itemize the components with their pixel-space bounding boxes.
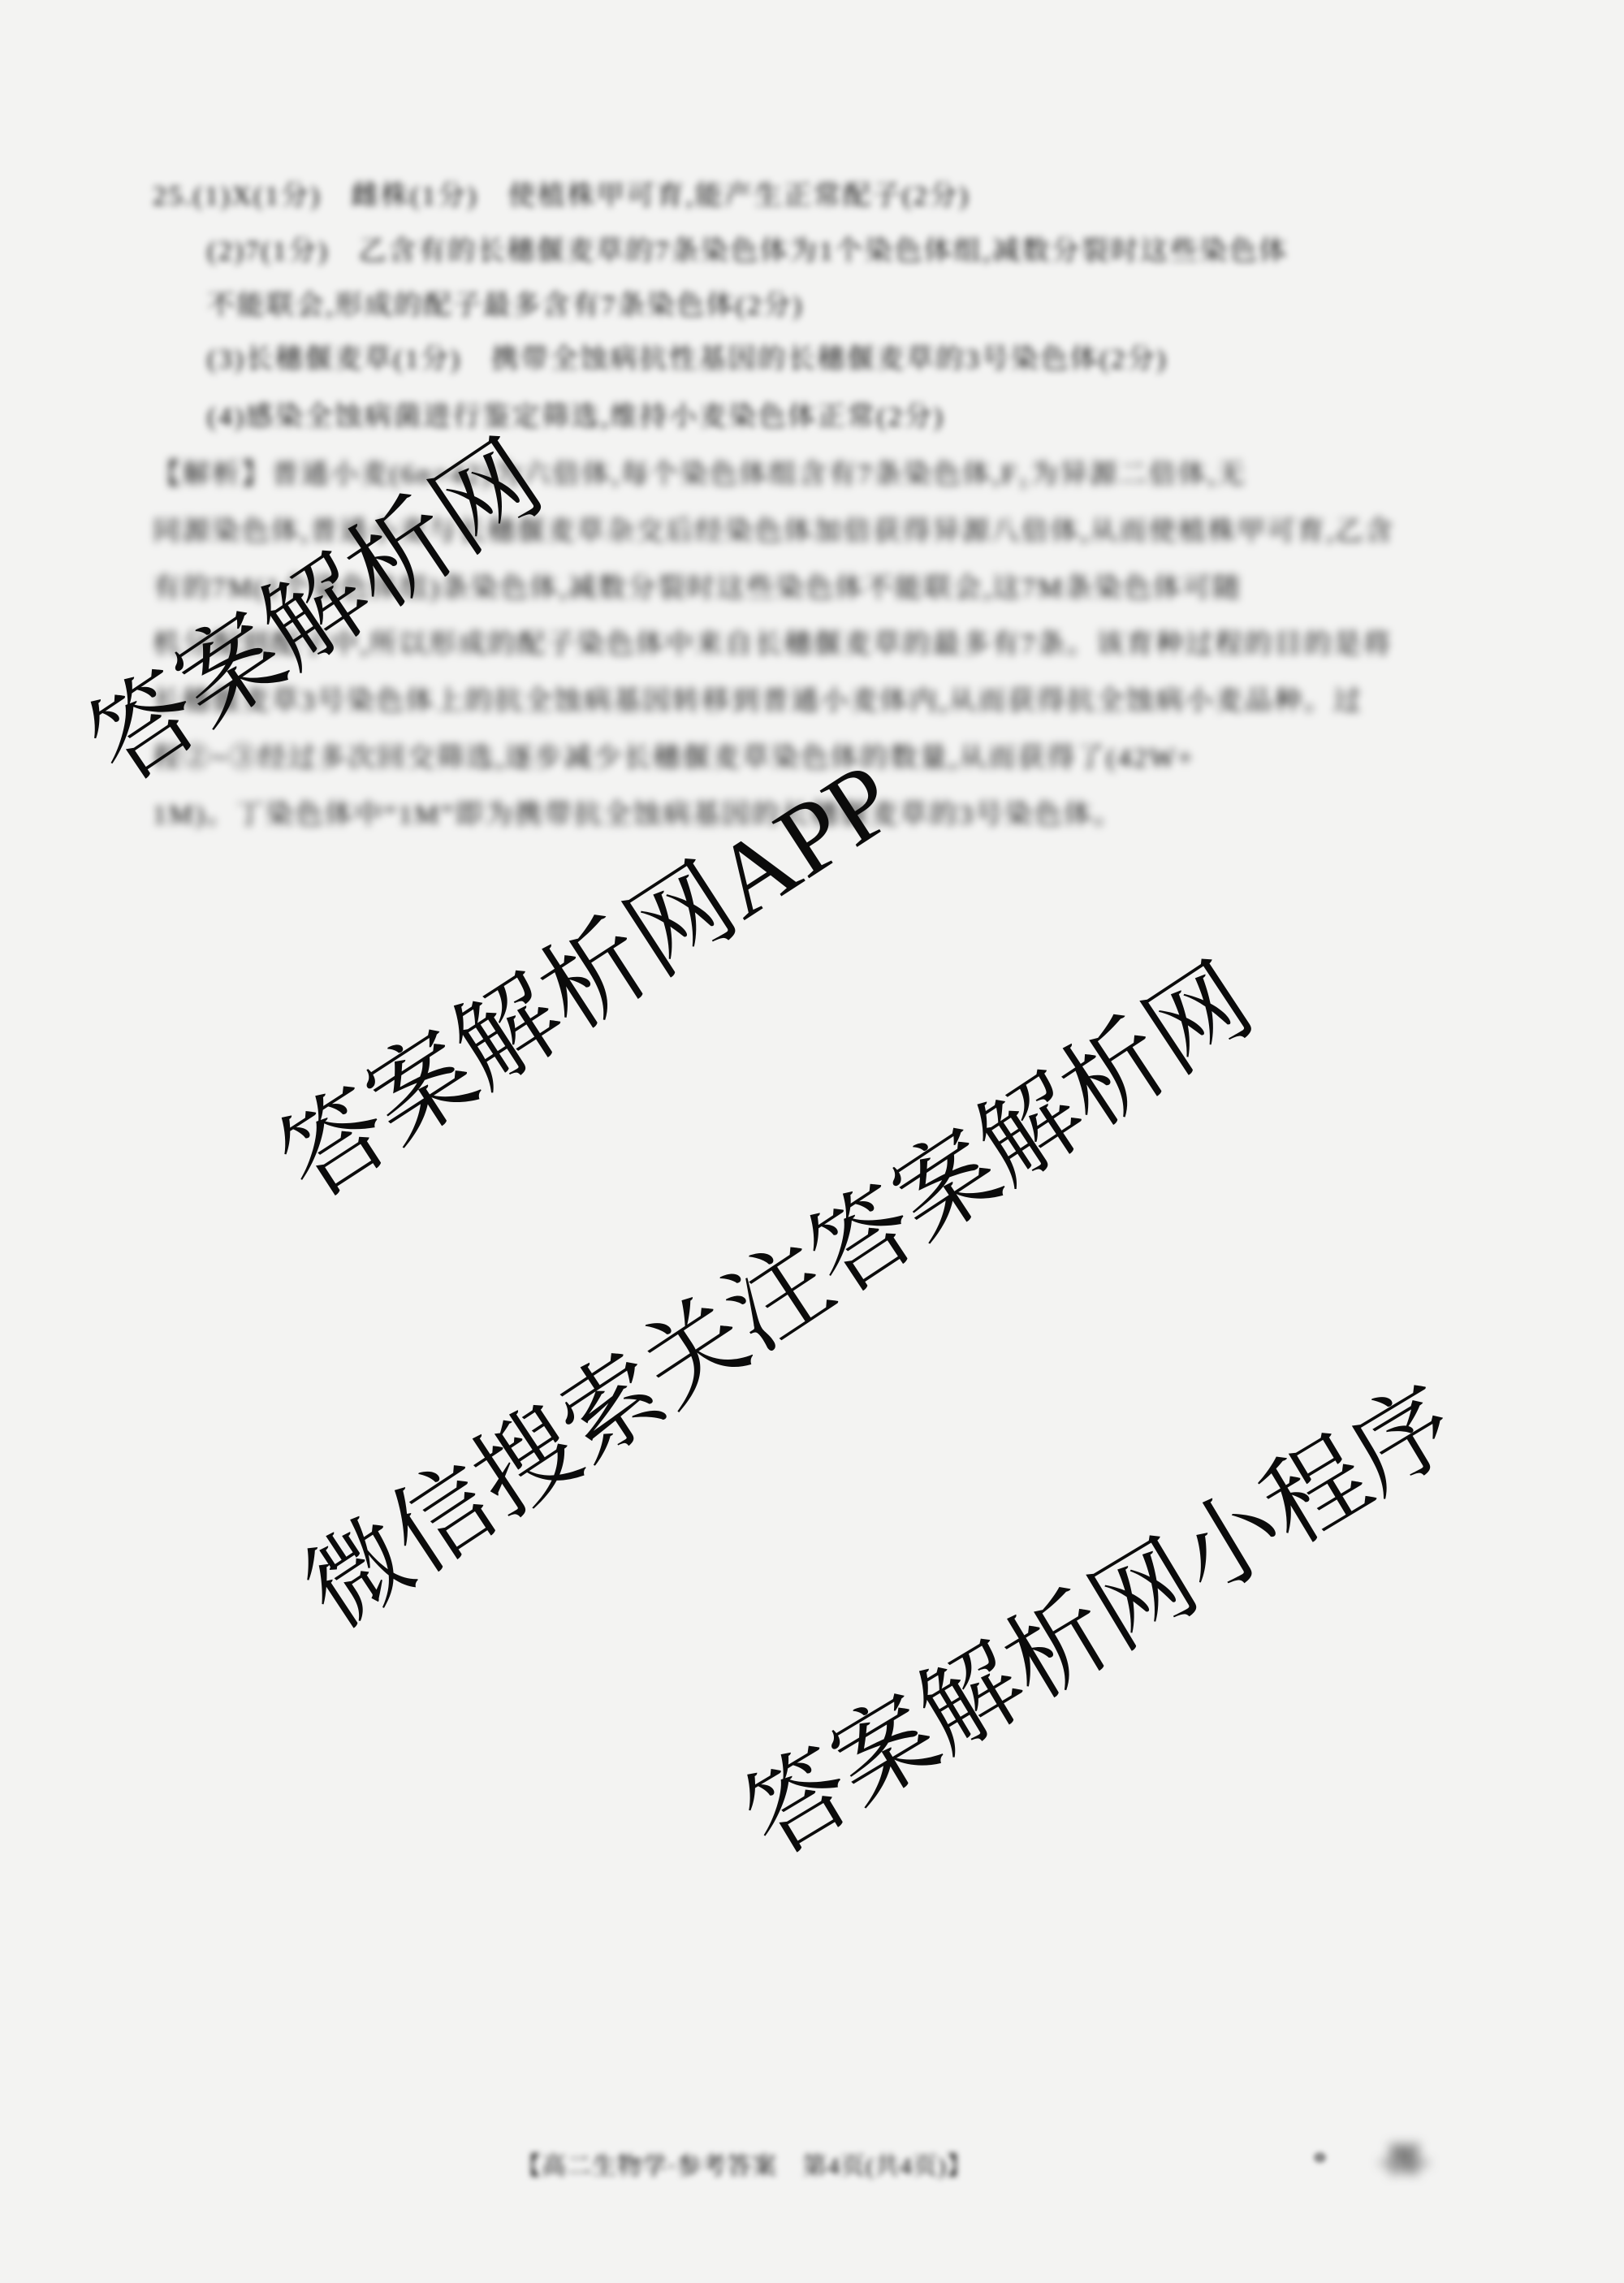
answer-line-4: (3)长穗偃麦草(1分) 携带全蚀病抗性基因的长穗偃麦草的3号染色体(2分) [207, 344, 1168, 376]
analysis-line-7: 1M)。丁染色体中“1M”即为携带抗全蚀病基因的长穗偃麦草的3号染色体。 [153, 799, 1123, 832]
answer-line-1: 25.(1)X(1分) 雌株(1分) 使植株甲可育,能产生正常配子(2分) [153, 180, 970, 213]
answer-line-5: (4)感染全蚀病菌进行鉴定筛选,维持小麦染色体正常(2分) [207, 401, 944, 434]
analysis-line-1: 【解析】普通小麦(6n=42)为六倍体,每个染色体组含有7条染色体,F₁为异源二… [153, 459, 1246, 491]
watermark-site-miniprogram: 答案解析网小程序 [730, 1371, 1472, 1872]
answer-line-2: (2)7(1分) 乙含有的长穗偃麦草的7条染色体为1个染色体组,减数分裂时这些染… [207, 236, 1289, 268]
page-footer-caption: 【高二生物学·参考答案 第4页(共4页)】 [516, 2146, 972, 2181]
analysis-line-5: 长穗偃麦草3号染色体上的抗全蚀病基因转移到普通小麦体内,从而获得抗全蚀病小麦品种… [153, 685, 1363, 718]
scanned-answer-page: 25.(1)X(1分) 雌株(1分) 使植株甲可育,能产生正常配子(2分) (2… [0, 0, 1624, 2283]
answer-line-3: 不能联会,形成的配子最多含有7条染色体(2分) [207, 290, 804, 322]
footer-stamp-mark: -图- [1379, 2134, 1428, 2181]
footer-dot-mark [1314, 2152, 1326, 2163]
analysis-line-6: 程②~③经过多次回交筛选,逐步减少长穗偃麦草染色体的数量,从而获得了(42W+ [153, 742, 1194, 775]
